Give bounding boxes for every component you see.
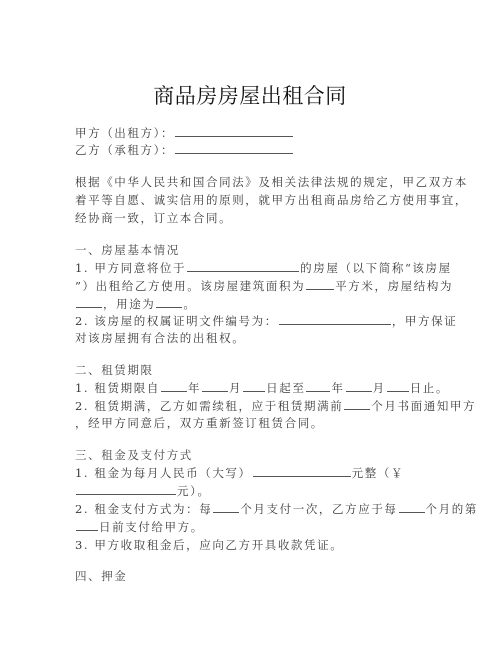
party-a-line: 甲方（出租方）： <box>75 125 294 141</box>
section-3-item-2-line-1: 2. 租金支付方式为：每个月支付一次，乙方应于每个月的第 <box>75 501 478 517</box>
text: 元）。 <box>177 484 211 498</box>
party-a-blank[interactable] <box>175 125 293 137</box>
text: 日止。 <box>410 381 449 395</box>
end-month-blank[interactable] <box>346 380 372 392</box>
text: 2. 租赁期满，乙方如需续租，应于租赁期满前 <box>75 399 343 413</box>
payment-day-blank[interactable] <box>76 519 98 531</box>
contract-page: 商品房房屋出租合同 甲方（出租方）： 乙方（承租方）： 根据《中华人民共和国合同… <box>0 0 500 647</box>
preamble-line-2: 着平等自愿、诚实信用的原则，就甲方出租商品房给乙方使用事宜， <box>75 192 468 208</box>
section-3-item-1-line-2: 元）。 <box>75 483 211 499</box>
text: 月 <box>229 381 242 395</box>
notice-months-blank[interactable] <box>344 398 370 410</box>
section-3-item-3: 3. 甲方收取租金后，应向乙方开具收款凭证。 <box>75 537 343 553</box>
party-b-label: 乙方（承租方）： <box>75 143 174 157</box>
usage-blank[interactable] <box>156 296 182 308</box>
text: 月 <box>373 381 386 395</box>
payment-month-blank[interactable] <box>399 501 425 513</box>
text: 的房屋（以下简称“该房屋 <box>300 261 452 275</box>
text: 个月的第 <box>426 502 478 516</box>
text: 。 <box>183 297 196 311</box>
text: 2. 该房屋的权属证明文件编号为： <box>75 314 278 328</box>
text: 日起至 <box>266 381 305 395</box>
text: 1. 租金为每月人民币（大写） <box>75 466 252 480</box>
section-3-item-2-line-2: 日前支付给甲方。 <box>75 519 204 535</box>
rent-words-blank[interactable] <box>253 465 351 477</box>
end-year-blank[interactable] <box>306 380 330 392</box>
section-1-heading: 一、房屋基本情况 <box>75 242 180 258</box>
area-blank[interactable] <box>306 278 334 290</box>
section-4-heading: 四、押金 <box>75 568 127 584</box>
text: 平方米，房屋结构为 <box>335 279 453 293</box>
section-2-item-2-line-2: ，经甲方同意后，双方重新签订租赁合同。 <box>75 415 324 431</box>
start-month-blank[interactable] <box>202 380 228 392</box>
party-b-line: 乙方（承租方）： <box>75 142 294 158</box>
location-blank[interactable] <box>187 260 299 272</box>
section-1-item-1-line-2: ”）出租给乙方使用。该房屋建筑面积为平方米，房屋结构为 <box>75 278 453 294</box>
structure-blank[interactable] <box>76 296 102 308</box>
party-a-label: 甲方（出租方）： <box>75 126 174 140</box>
section-3-item-1-line-1: 1. 租金为每月人民币（大写）元整（￥ <box>75 465 404 481</box>
preamble-line-3: 经协商一致，订立本合同。 <box>75 210 232 226</box>
end-day-blank[interactable] <box>387 380 409 392</box>
section-1-item-1-line-3: ，用途为。 <box>75 296 197 312</box>
text: 个月支付一次，乙方应于每 <box>240 502 397 516</box>
text: 1. 租赁期限自 <box>75 381 160 395</box>
text: ”）出租给乙方使用。该房屋建筑面积为 <box>75 279 305 293</box>
rent-amount-blank[interactable] <box>76 483 176 495</box>
payment-interval-blank[interactable] <box>213 501 239 513</box>
text: 2. 租金支付方式为：每 <box>75 502 212 516</box>
start-year-blank[interactable] <box>161 380 187 392</box>
section-2-heading: 二、租赁期限 <box>75 362 154 378</box>
section-1-item-2-line-1: 2. 该房屋的权属证明文件编号为：，甲方保证 <box>75 313 457 329</box>
text: 元整（￥ <box>352 466 404 480</box>
certificate-number-blank[interactable] <box>279 313 391 325</box>
text: 年 <box>331 381 344 395</box>
section-2-item-2-line-1: 2. 租赁期满，乙方如需续租，应于租赁期满前个月书面通知甲方 <box>75 398 476 414</box>
text: 1. 甲方同意将位于 <box>75 261 186 275</box>
section-2-item-1: 1. 租赁期限自年月日起至年月日止。 <box>75 380 449 396</box>
section-1-item-2-line-2: 对该房屋拥有合法的出租权。 <box>75 330 245 346</box>
start-day-blank[interactable] <box>243 380 265 392</box>
section-3-heading: 三、租金及支付方式 <box>75 447 193 463</box>
section-1-item-1-line-1: 1. 甲方同意将位于的房屋（以下简称“该房屋 <box>75 260 452 276</box>
text: ，用途为 <box>103 297 155 311</box>
text: 个月书面通知甲方 <box>371 399 476 413</box>
text: 日前支付给甲方。 <box>99 520 204 534</box>
text: 年 <box>188 381 201 395</box>
text: ，甲方保证 <box>392 314 458 328</box>
party-b-blank[interactable] <box>175 142 293 154</box>
document-title: 商品房房屋出租合同 <box>0 80 500 110</box>
preamble-line-1: 根据《中华人民共和国合同法》及相关法律法规的规定，甲乙双方本 <box>75 174 468 190</box>
